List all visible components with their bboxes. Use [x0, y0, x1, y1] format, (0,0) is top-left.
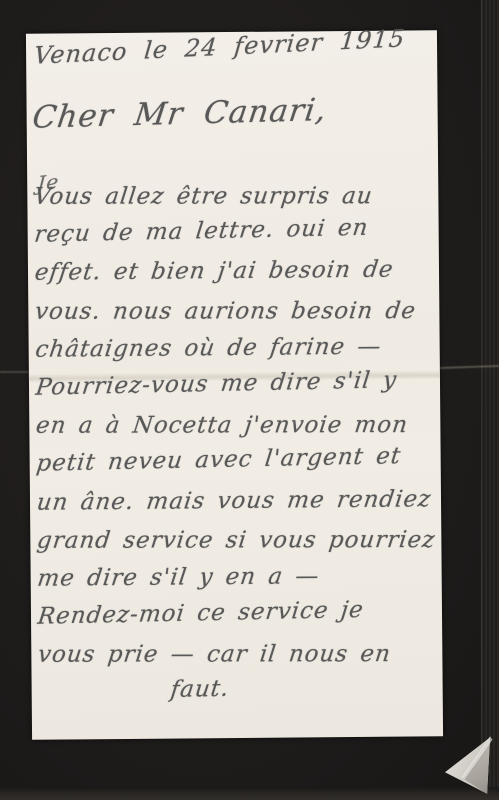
letter-line: Pourriez-vous me dire s'il y: [33, 366, 438, 413]
page-curl-corner: [444, 735, 493, 795]
letter-line: effet. et bien j'ai besoin de: [32, 257, 437, 299]
fold-crease-left: [0, 371, 30, 373]
book-edge-strip: [481, 0, 499, 800]
letter-line: Rendez-moi ce service je: [35, 595, 440, 642]
salutation: Cher Mr Canari,: [30, 92, 329, 136]
scan-background: Venaco le 24 fevrier 1915 Cher Mr Canari…: [0, 0, 499, 800]
letter-line: un âne. mais vous me rendiez: [34, 486, 439, 528]
letter-line: grand service si vous pourriez: [34, 527, 438, 566]
letter-line: faut.: [35, 672, 440, 719]
letter-body: Vous allez être surpris au reçu de ma le…: [33, 180, 438, 718]
bottom-shadow-strip: [0, 787, 499, 800]
letter-line: petit neveu avec l'argent et: [33, 443, 438, 490]
book-edge-highlight: [481, 0, 482, 800]
letter-paper: Venaco le 24 fevrier 1915 Cher Mr Canari…: [26, 30, 443, 740]
letter-line: vous. nous aurions besoin de: [32, 298, 436, 337]
date-line: Venaco le 24 fevrier 1915: [33, 24, 407, 69]
letter-line: reçu de ma lettre. oui en: [31, 214, 436, 261]
